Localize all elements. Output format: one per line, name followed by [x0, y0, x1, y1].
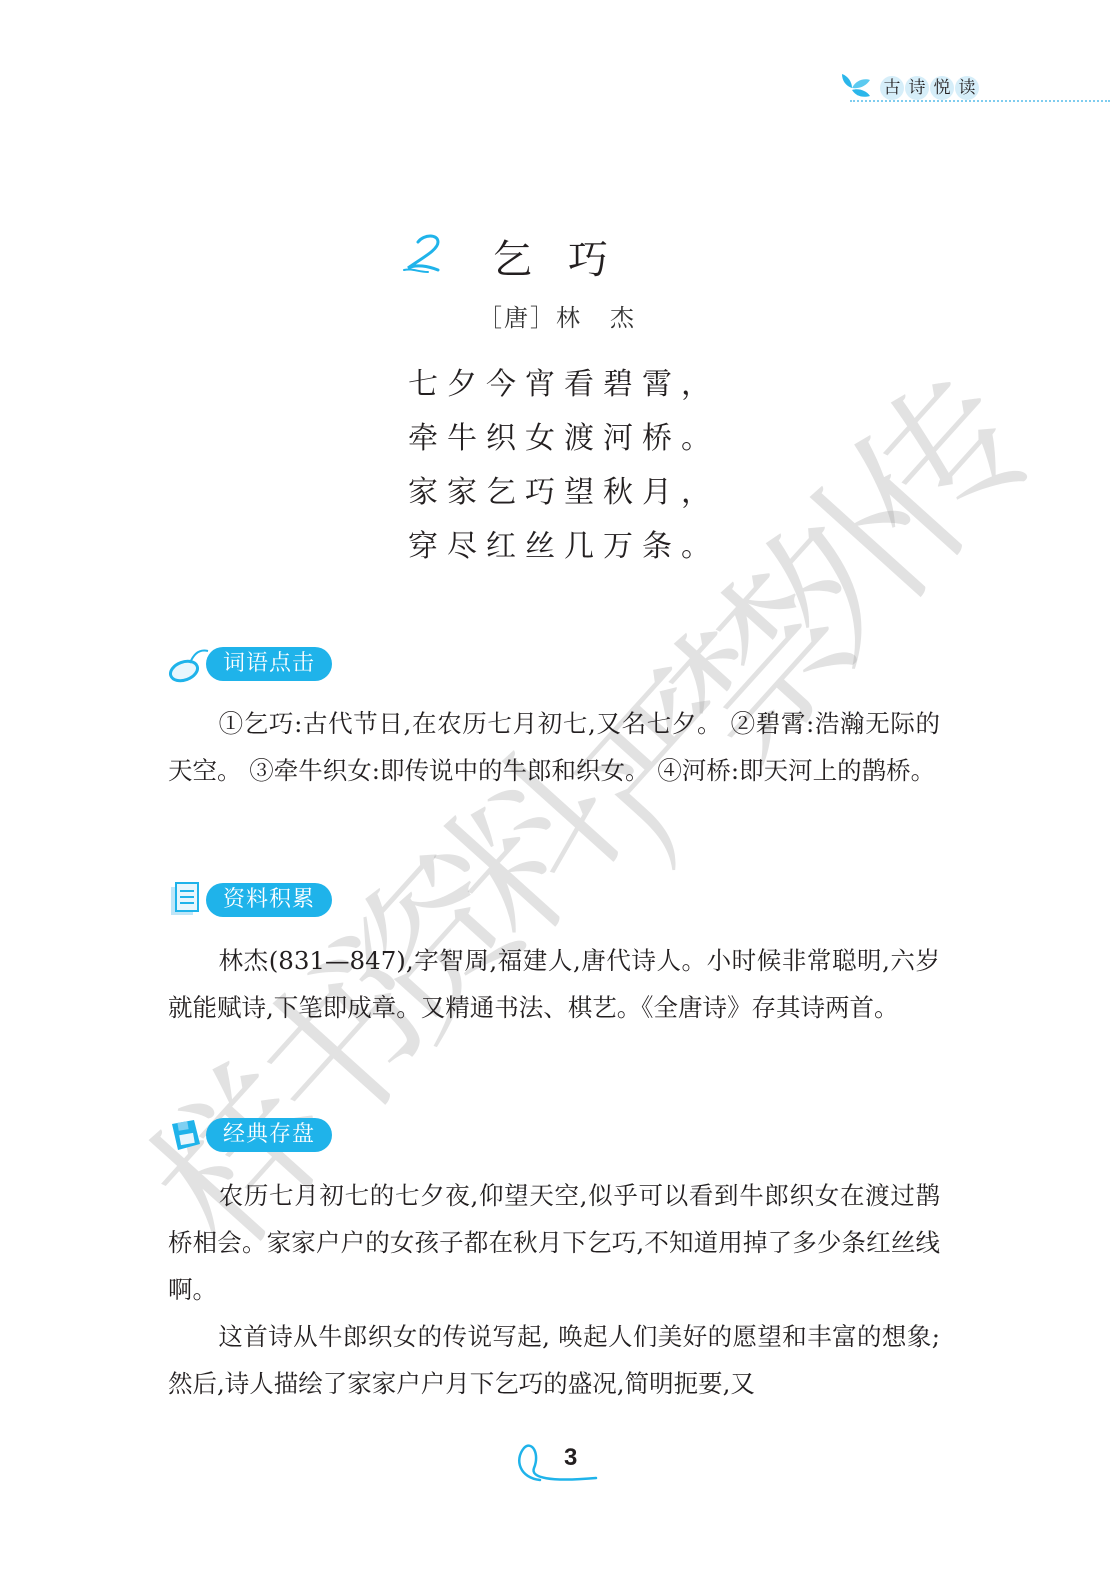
lesson-number-icon — [398, 232, 446, 274]
poem-line: 家家乞巧望秋月， — [408, 466, 720, 520]
section-label: 经典存盘 — [206, 1118, 332, 1152]
section-title-char: 读 — [955, 76, 979, 100]
appreciation-paragraph: 这首诗从牛郎织女的传说写起, 唤起人们美好的愿望和丰富的想象;然后,诗人描绘了家… — [168, 1313, 940, 1407]
author-name: 杰 — [610, 304, 636, 332]
watermark-char: 传 — [789, 318, 1076, 599]
appreciation-paragraph: 农历七月初七的七夕夜,仰望天空,似乎可以看到牛郎织女在渡过鹊桥相会。家家户户的女… — [168, 1172, 940, 1313]
poem-author: ［唐］林杰 — [478, 298, 636, 333]
vocab-text: ①乞巧:古代节日,在农历七月初七,又名七夕。 ②碧霄:浩瀚无际的天空。 ③牵牛织… — [168, 700, 940, 794]
dynasty: ［唐］ — [478, 304, 556, 332]
vocab-content: ①乞巧:古代节日,在农历七月初七,又名七夕。 ②碧霄:浩瀚无际的天空。 ③牵牛织… — [168, 709, 940, 785]
poem-body: 七夕今宵看碧霄， 牵牛织女渡河桥。 家家乞巧望秋月， 穿尽红丝几万条。 — [408, 358, 720, 574]
section-title-char: 古 — [880, 76, 904, 100]
page-number-text: 3 — [564, 1444, 577, 1472]
paragraph-text: 农历七月初七的七夕夜,仰望天空,似乎可以看到牛郎织女在渡过鹊桥相会。家家户户的女… — [168, 1181, 940, 1304]
section-title: 古 诗 悦 读 — [880, 76, 979, 100]
ribbon-swirl-icon — [510, 1438, 600, 1488]
poem-line: 七夕今宵看碧霄， — [408, 358, 720, 412]
running-header: 古 诗 悦 读 — [838, 72, 1110, 102]
appreciation-text: 农历七月初七的七夕夜,仰望天空,似乎可以看到牛郎织女在渡过鹊桥相会。家家户户的女… — [168, 1172, 940, 1407]
paragraph-text: 这首诗从牛郎织女的传说写起, 唤起人们美好的愿望和丰富的想象;然后,诗人描绘了家… — [168, 1322, 940, 1398]
section-title-char: 悦 — [930, 76, 954, 100]
background-text: 林杰(831—847),字智周,福建人,唐代诗人。小时候非常聪明,六岁就能赋诗,… — [168, 937, 940, 1031]
leaf-icon — [838, 72, 874, 100]
section-label: 词语点击 — [206, 647, 332, 681]
section-title-char: 诗 — [905, 76, 929, 100]
document-icon — [168, 879, 208, 919]
header-divider — [850, 100, 1110, 102]
author-name: 林 — [556, 304, 582, 332]
poem-title: 乞巧 — [492, 228, 644, 285]
poem-line: 牵牛织女渡河桥。 — [408, 412, 720, 466]
section-label: 资料积累 — [206, 883, 332, 917]
floppy-disk-icon — [168, 1114, 208, 1154]
background-content: 林杰(831—847),字智周,福建人,唐代诗人。小时候非常聪明,六岁就能赋诗,… — [168, 946, 940, 1022]
page-number: 3 — [510, 1438, 600, 1488]
poem-line: 穿尽红丝几万条。 — [408, 520, 720, 574]
watermark-char: 外 — [699, 418, 986, 699]
